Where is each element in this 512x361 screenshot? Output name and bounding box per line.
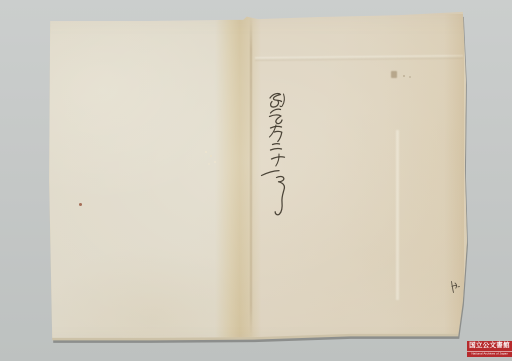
red-speck-mark	[79, 203, 82, 206]
horizontal-crease	[255, 55, 463, 61]
scanner-background: 国立公文書館 National Archives of Japan	[0, 0, 512, 361]
faint-ink-dots	[403, 75, 405, 77]
handwritten-title-calligraphy	[250, 85, 310, 220]
archives-watermark-subtitle: National Archives of Japan	[467, 351, 512, 357]
archives-watermark-title: 国立公文書館	[467, 341, 512, 351]
vertical-crease	[396, 130, 399, 300]
faint-seal-mark	[391, 71, 397, 78]
document-paper	[0, 0, 512, 361]
edge-ink-mark	[448, 280, 460, 294]
paper-damage-specks	[205, 151, 207, 153]
archives-watermark: 国立公文書館 National Archives of Japan	[467, 341, 512, 357]
